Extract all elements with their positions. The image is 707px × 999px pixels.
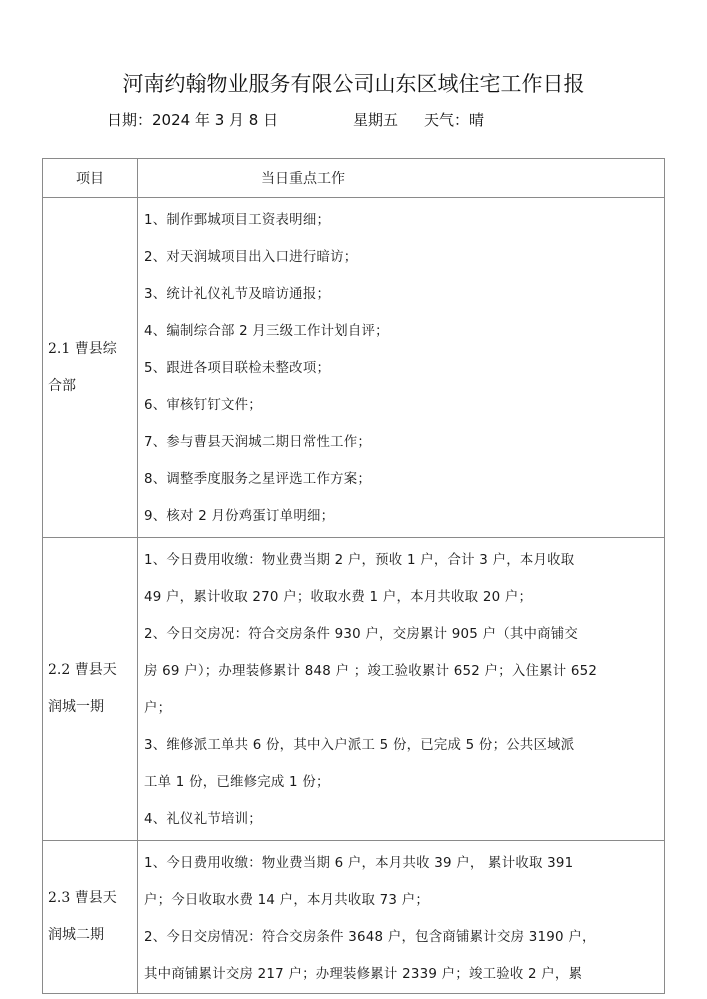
- work-item: 3、统计礼仪礼节及暗访通报；: [144, 276, 660, 313]
- work-item: 其中商铺累计交房 217 户；办理装修累计 2339 户；竣工验收 2 户，累: [144, 956, 660, 993]
- work-item: 3、维修派工单共 6 份，其中入户派工 5 份，已完成 5 份；公共区域派: [144, 727, 660, 764]
- project-cell: 2.1 曹县综 合部: [43, 198, 138, 538]
- work-items-cell: 1、制作鄄城项目工资表明细； 2、对天润城项目出入口进行暗访； 3、统计礼仪礼节…: [138, 198, 665, 538]
- column-header-key-work: 当日重点工作: [138, 159, 665, 198]
- work-item: 1、制作鄄城项目工资表明细；: [144, 202, 660, 239]
- work-item: 2、今日交房情况：符合交房条件 3648 户，包含商铺累计交房 3190 户，: [144, 919, 660, 956]
- work-item: 8、调整季度服务之星评选工作方案；: [144, 461, 660, 498]
- document-title: 河南约翰物业服务有限公司山东区域住宅工作日报: [0, 68, 707, 98]
- table-row: 2.3 曹县天 润城二期 1、今日费用收缴：物业费当期 6 户，本月共收 39 …: [43, 841, 665, 994]
- project-name-line: 合部: [48, 368, 137, 405]
- table-row: 2.2 曹县天 润城一期 1、今日费用收缴：物业费当期 2 户，预收 1 户，合…: [43, 538, 665, 841]
- project-name-line: 润城二期: [48, 917, 137, 954]
- work-item: 户；: [144, 690, 660, 727]
- work-items-cell: 1、今日费用收缴：物业费当期 6 户，本月共收 39 户， 累计收取 391 户…: [138, 841, 665, 994]
- column-header-project: 项目: [43, 159, 138, 198]
- work-item: 工单 1 份，已维修完成 1 份；: [144, 764, 660, 801]
- work-item: 2、对天润城项目出入口进行暗访；: [144, 239, 660, 276]
- work-item: 7、参与曹县天润城二期日常性工作；: [144, 424, 660, 461]
- work-item: 6、审核钉钉文件；: [144, 387, 660, 424]
- work-item: 4、编制综合部 2 月三级工作计划自评；: [144, 313, 660, 350]
- project-name-line: 润城一期: [48, 689, 137, 726]
- work-item: 4、礼仪礼节培训；: [144, 801, 660, 838]
- project-name-line: 2.3 曹县天: [48, 880, 137, 917]
- daily-report-table: 项目 当日重点工作 2.1 曹县综 合部 1、制作鄄城项目工资表明细； 2、对天…: [42, 158, 665, 994]
- project-name-line: 2.1 曹县综: [48, 331, 137, 368]
- work-items-cell: 1、今日费用收缴：物业费当期 2 户，预收 1 户，合计 3 户，本月收取 49…: [138, 538, 665, 841]
- table-row: 2.1 曹县综 合部 1、制作鄄城项目工资表明细； 2、对天润城项目出入口进行暗…: [43, 198, 665, 538]
- report-weather: 天气：晴: [424, 109, 484, 130]
- work-item: 9、核对 2 月份鸡蛋订单明细；: [144, 498, 660, 535]
- work-item: 2、今日交房况：符合交房条件 930 户，交房累计 905 户（其中商铺交: [144, 616, 660, 653]
- project-cell: 2.2 曹县天 润城一期: [43, 538, 138, 841]
- project-name-line: 2.2 曹县天: [48, 652, 137, 689]
- project-cell: 2.3 曹县天 润城二期: [43, 841, 138, 994]
- table-header-row: 项目 当日重点工作: [43, 159, 665, 198]
- work-item: 1、今日费用收缴：物业费当期 6 户，本月共收 39 户， 累计收取 391: [144, 845, 660, 882]
- work-item: 5、跟进各项目联检未整改项；: [144, 350, 660, 387]
- report-weekday: 星期五: [353, 109, 398, 130]
- work-item: 49 户，累计收取 270 户；收取水费 1 户，本月共收取 20 户；: [144, 579, 660, 616]
- work-item: 户；今日收取水费 14 户，本月共收取 73 户；: [144, 882, 660, 919]
- report-date: 日期：2024 年 3 月 8 日: [107, 109, 278, 130]
- work-item: 房 69 户）；办理装修累计 848 户 ；竣工验收累计 652 户；入住累计 …: [144, 653, 660, 690]
- work-item: 1、今日费用收缴：物业费当期 2 户，预收 1 户，合计 3 户，本月收取: [144, 542, 660, 579]
